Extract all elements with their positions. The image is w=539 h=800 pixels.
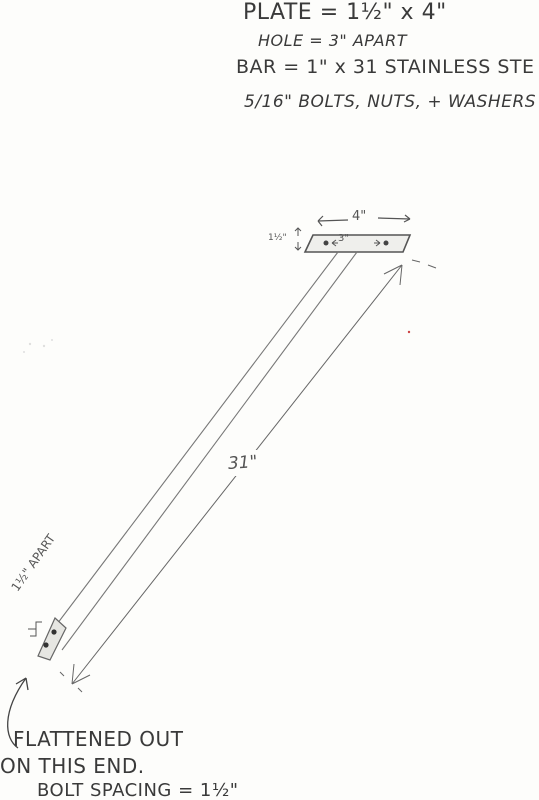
plate-hole-right	[384, 241, 389, 246]
note-bolt-spacing: BOLT SPACING = 1½"	[37, 780, 239, 800]
note-flattened-line1: FLATTENED OUT	[13, 727, 183, 751]
flattened-end	[38, 618, 66, 660]
note-flattened-line2: ON THIS END.	[0, 754, 145, 778]
bar-shape	[48, 252, 357, 650]
plate-shape	[305, 235, 410, 252]
note-bar-material: BAR = 1" x 31 STAINLESS STE	[236, 56, 535, 78]
bar-length-label: 31"	[227, 452, 258, 474]
sketch-drawing	[0, 0, 539, 800]
end-hole-2	[43, 642, 48, 647]
note-hole-spacing: HOLE = 3" APART	[258, 31, 407, 50]
note-hardware: 5/16" BOLTS, NUTS, + WASHERS	[244, 92, 536, 112]
plate-hole-left	[324, 241, 329, 246]
note-plate-dimensions: PLATE = 1½" x 4"	[243, 0, 447, 25]
plate-width-label: 4"	[352, 209, 366, 224]
plate-height-label: 1½"	[268, 233, 287, 243]
plate-hole-spacing-label: 3"	[338, 233, 349, 244]
end-hole-1	[51, 629, 56, 634]
